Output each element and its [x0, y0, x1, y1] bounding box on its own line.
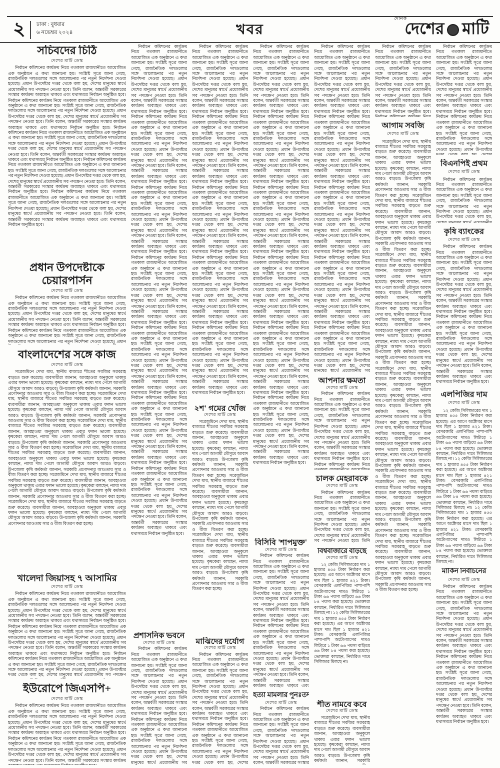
article-body: নির্বাচন কমিশনের কার্যক্রম নিয়ে গতকাল র…: [436, 44, 492, 155]
article-byline: দেশের মাটি ডেস্ক: [192, 412, 248, 416]
article-headline: বাংলাদেশের সঙ্গে কাজ: [8, 349, 126, 361]
masthead: দৈনিক দেশের মাটি: [264, 22, 493, 38]
edition-dateline: ঢাকা : বুধবার ৬ নভেম্বর ২০২৪: [36, 22, 72, 36]
article-headline: বিশ্ববাজারে বাড়ছে: [314, 548, 370, 555]
masthead-word-left: দেশের: [405, 22, 445, 38]
article-body: নির্বাচন কমিশনের কার্যক্রম নিয়ে গতকাল র…: [131, 646, 187, 765]
article-body: নির্বাচন কমিশনের কার্যক্রম নিয়ে গতকাল র…: [436, 584, 492, 765]
article-headline: প্রশাসনিক ভবনে: [131, 631, 187, 639]
header-left: ২ ঢাকা : বুধবার ৬ নভেম্বর ২০২৪: [7, 20, 236, 39]
article-body: নির্বাচন কমিশনের কার্যক্রম নিয়ে গতকাল র…: [375, 44, 431, 117]
article-byline: দেশের মাটি ডেস্ক: [314, 555, 370, 560]
article-headline: চেয়ারপার্সন: [8, 275, 126, 287]
article-headline: কৃষি ব্যাংকের: [436, 227, 492, 236]
article-body: নির্বাচন কমিশনের কার্যক্রম নিয়ে গতকাল র…: [8, 65, 126, 258]
article-byline: দেশের মাটি ডেস্ক: [314, 708, 370, 713]
article-byline: দেশের মাটি ডেস্ক: [8, 584, 126, 589]
article-headline: শীত নামবে কবে: [314, 700, 370, 708]
article-byline: দেশের মাটি ডেস্ক: [436, 237, 492, 242]
column-7: নির্বাচন কমিশনের কার্যক্রম নিয়ে গতকাল র…: [436, 44, 492, 768]
article-byline: দেশের মাটি ডেস্ক: [314, 483, 370, 488]
article-body: নির্বাচন কমিশনের কার্যক্রম নিয়ে গতকাল র…: [436, 244, 492, 386]
masthead-word-right: মাটি: [462, 22, 489, 38]
article-byline: দেশের মাটি ডেস্ক: [436, 169, 492, 174]
article-byline: দেশের মাটি ডেস্ক: [8, 362, 126, 367]
article-body: ১২ কেজি সিলিন্ডারের দাম ১ হাজার ৪৫৫ টাকা…: [314, 562, 370, 696]
page-header: ২ ঢাকা : বুধবার ৬ নভেম্বর ২০২৪ খবর দৈনিক…: [7, 17, 493, 42]
article-byline: দেশের মাটি ডেস্ক: [436, 400, 492, 405]
column-wide: সচিবদের চিঠি দেশের মাটি ডেস্ক নির্বাচন ক…: [8, 44, 126, 768]
article-body: নির্বাচন কমিশনের কার্যক্রম নিয়ে গতকাল র…: [253, 706, 309, 765]
article-body: নির্বাচন কমিশনের কার্যক্রম নিয়ে গতকাল র…: [8, 295, 126, 345]
article-byline: দেশের মাটি ডেস্ক: [8, 696, 126, 701]
article-headline: হত্যা মামলার পুনঃতদন্ত: [253, 692, 309, 699]
article-body: নির্বাচন কমিশনের কার্যক্রম নিয়ে গতকাল র…: [8, 703, 126, 765]
article-headline: সচিবদের চিঠি: [8, 45, 126, 57]
article-headline: চালক মেহরাবকে: [314, 474, 370, 482]
article-columns: সচিবদের চিঠি দেশের মাটি ডেস্ক নির্বাচন ক…: [8, 44, 492, 768]
article-headline: আপনার ক্ষমতা: [314, 376, 370, 384]
article-byline: দেশের মাটি ডেস্ক: [253, 700, 309, 705]
article-body: নির্বাচন কমিশনের কার্যক্রম নিয়ে গতকাল র…: [314, 490, 370, 544]
article-byline: দেশের মাটি ডেস্ক: [253, 547, 309, 552]
article-byline: দেশের মাটি ডেস্ক: [192, 645, 248, 649]
article-headline: মাঝিদের দুর্যোগ: [192, 637, 248, 644]
column-4: নির্বাচন কমিশনের কার্যক্রম নিয়ে গতকাল র…: [253, 44, 309, 768]
article-headline: এলপিজির দাম: [436, 390, 492, 399]
article-body: সরেজমিনে দেখা যায়, স্থানীয় বাজারে শীতে…: [314, 715, 370, 765]
article-byline: দেশের মাটি ডেস্ক: [436, 577, 492, 582]
column-6: নির্বাচন কমিশনের কার্যক্রম নিয়ে গতকাল র…: [375, 44, 431, 768]
masthead-daily-label: দৈনিক: [394, 16, 407, 23]
header-bottom-rule: [0, 42, 500, 43]
article-byline: দেশের মাটি ডেস্ক: [8, 288, 126, 293]
dateline-city: ঢাকা : বুধবার: [36, 22, 72, 29]
globe-logo-icon: [447, 24, 459, 36]
article-body: নির্বাচন কমিশনের কার্যক্রম নিয়ে গতকাল র…: [131, 44, 187, 627]
article-byline: দেশের মাটি ডেস্ক: [131, 640, 187, 645]
column-2: নির্বাচন কমিশনের কার্যক্রম নিয়ে গতকাল র…: [131, 44, 187, 768]
page-number: ২: [7, 20, 25, 39]
article-byline: দেশের মাটি ডেস্ক: [314, 385, 370, 390]
column-3: নির্বাচন কমিশনের কার্যক্রম নিয়ে গতকাল র…: [192, 44, 248, 768]
article-body: নির্বাচন কমিশনের কার্যক্রম নিয়ে গতকাল র…: [314, 391, 370, 470]
section-title: খবর: [236, 18, 264, 42]
dateline-date: ৬ নভেম্বর ২০২৪: [36, 30, 72, 37]
article-body: নির্বাচন কমিশনের কার্যক্রম নিয়ে গতকাল র…: [436, 177, 492, 223]
article-headline: বিসিবি 'শাপমুক্ত': [253, 538, 309, 546]
article-headline: ২শ' গমের খোঁজ: [192, 404, 248, 411]
article-body: সরেজমিনে দেখা যায়, স্থানীয় বাজারে শীতে…: [192, 419, 248, 633]
header-divider: [30, 21, 31, 39]
masthead-title: দেশের মাটি: [405, 22, 489, 38]
article-headline: খালেদা জিয়াসহ ৭ আসামির: [8, 573, 126, 583]
article-byline: দেশের মাটি ডেস্ক: [8, 58, 126, 63]
article-body: নির্বাচন কমিশনের কার্যক্রম নিয়ে গতকাল র…: [314, 44, 370, 372]
article-body: নির্বাচন কমিশনের কার্যক্রম নিয়ে গতকাল র…: [8, 591, 126, 679]
article-headline: মার্কিন নির্বাচনের: [436, 568, 492, 576]
article-body: নির্বাচন কমিশনের কার্যক্রম নিয়ে গতকাল র…: [253, 44, 309, 534]
article-body: নির্বাচন কমিশনের কার্যক্রম নিয়ে গতকাল র…: [192, 652, 248, 765]
article-headline: আগাম সবজি: [375, 121, 431, 130]
article-body: নির্বাচন কমিশনের কার্যক্রম নিয়ে গতকাল র…: [192, 44, 248, 400]
article-headline: প্রধান উপদেষ্টাকে: [8, 262, 126, 274]
article-headline: ইউরোপে জিএসপি+: [8, 683, 126, 695]
article-body: সরেজমিনে দেখা যায়, স্থানীয় বাজারে শীতে…: [375, 139, 431, 765]
article-headline: বিএনপিই প্রথম: [436, 159, 492, 168]
newspaper-page: ২ ঢাকা : বুধবার ৬ নভেম্বর ২০২৪ খবর দৈনিক…: [0, 0, 500, 768]
article-body: ১২ কেজি সিলিন্ডারের দাম ১ হাজার ৪৫৫ টাকা…: [436, 408, 492, 564]
column-5: নির্বাচন কমিশনের কার্যক্রম নিয়ে গতকাল র…: [314, 44, 370, 768]
article-byline: দেশের মাটি ডেস্ক: [375, 131, 431, 136]
article-body: সরেজমিনে দেখা যায়, স্থানীয় বাজারে শীতে…: [8, 369, 126, 569]
article-body: নির্বাচন কমিশনের কার্যক্রম নিয়ে গতকাল র…: [253, 553, 309, 688]
